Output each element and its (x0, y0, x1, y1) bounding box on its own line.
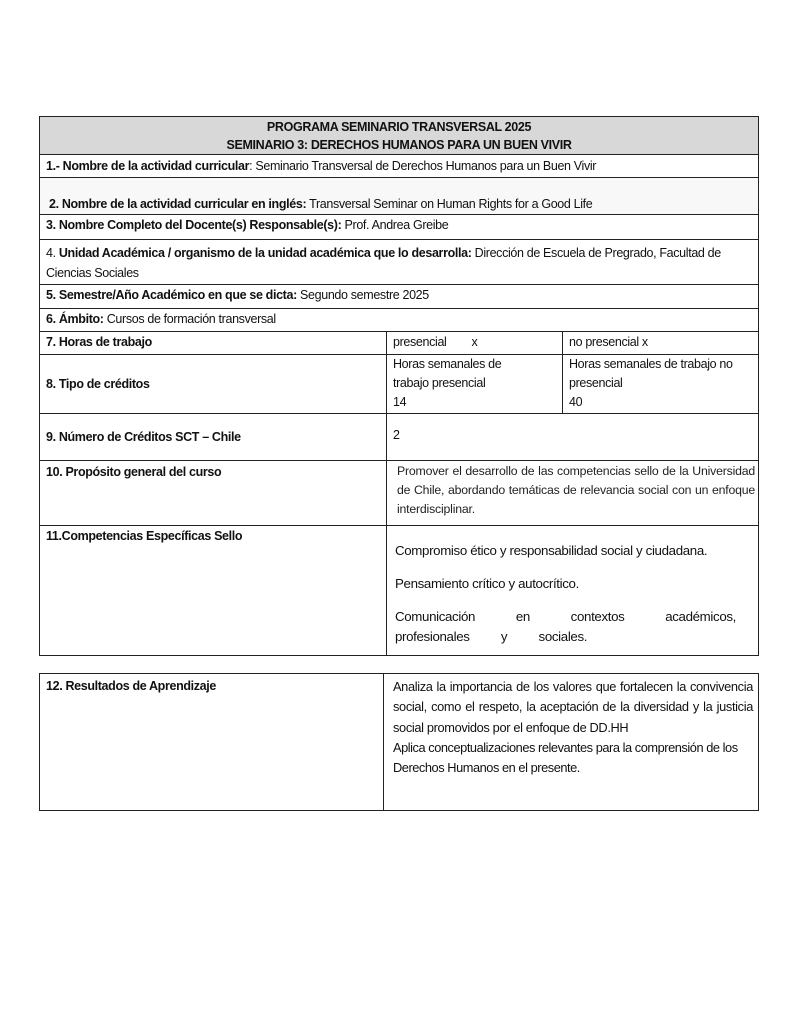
work-hours-label: 7. Horas de trabajo (40, 332, 387, 355)
activity-name-english-value: Transversal Seminar on Human Rights for … (306, 197, 592, 211)
learning-outcomes-label: 12. Resultados de Aprendizaje (40, 674, 384, 811)
work-hours-no-presencial: no presencial x (563, 332, 759, 355)
semester-value: Segundo semestre 2025 (297, 288, 429, 302)
competency-item: Pensamiento crítico y autocrítico. (395, 574, 736, 594)
document-page: PROGRAMA SEMINARIO TRANSVERSAL 2025 SEMI… (0, 0, 800, 1035)
credit-type-label: 8. Tipo de créditos (40, 355, 387, 414)
activity-name-english-label: 2. Nombre de la actividad curricular en … (49, 197, 306, 211)
row-academic-unit: 4. Unidad Académica / organismo de la un… (40, 240, 759, 285)
responsible-teacher-value: Prof. Andrea Greibe (341, 218, 448, 232)
activity-name-value: Seminario Transversal de Derechos Humano… (255, 159, 596, 173)
activity-name-label: 1.- Nombre de la actividad curricular (46, 159, 249, 173)
learning-outcome-item: Aplica conceptualizaciones relevantes pa… (393, 738, 753, 779)
scope-label: 6. Ámbito: (46, 312, 104, 326)
responsible-teacher-label: 3. Nombre Completo del Docente(s) Respon… (46, 218, 341, 232)
learning-outcomes-table: 12. Resultados de Aprendizaje Analiza la… (39, 673, 759, 811)
credit-type-no-presencial: Horas semanales de trabajo no presencial… (563, 355, 759, 414)
program-table: PROGRAMA SEMINARIO TRANSVERSAL 2025 SEMI… (39, 116, 759, 656)
sct-credits-value: 2 (387, 414, 759, 461)
academic-unit-label: Unidad Académica / organismo de la unida… (59, 246, 472, 260)
presencial-hours-value: 14 (393, 393, 556, 412)
semester-label: 5. Semestre/Año Académico en que se dict… (46, 288, 297, 302)
program-header: PROGRAMA SEMINARIO TRANSVERSAL 2025 SEMI… (40, 117, 759, 155)
seal-competencies-label: 11.Competencias Específicas Sello (40, 526, 387, 656)
no-presencial-hours-label-line1: Horas semanales de trabajo no (569, 355, 752, 374)
competency-item: Comunicación en contextos académicos, pr… (395, 607, 736, 647)
program-title: PROGRAMA SEMINARIO TRANSVERSAL 2025 (46, 118, 752, 136)
row-semester: 5. Semestre/Año Académico en que se dict… (40, 285, 759, 309)
scope-value: Cursos de formación transversal (104, 312, 276, 326)
seal-competencies-list: Compromiso ético y responsabilidad socia… (387, 526, 759, 656)
credit-type-presencial: Horas semanales de trabajo presencial 14 (387, 355, 563, 414)
competency-item: Compromiso ético y responsabilidad socia… (395, 541, 736, 561)
no-presencial-hours-label-line2: presencial (569, 374, 752, 393)
presencial-hours-label-line1: Horas semanales de (393, 355, 556, 374)
row-activity-name: 1.- Nombre de la actividad curricular: S… (40, 155, 759, 178)
course-purpose-label: 10. Propósito general del curso (40, 461, 387, 526)
learning-outcomes-content: Analiza la importancia de los valores qu… (384, 674, 759, 811)
row-responsible-teacher: 3. Nombre Completo del Docente(s) Respon… (40, 215, 759, 240)
academic-unit-number: 4. (46, 246, 59, 260)
sct-credits-label: 9. Número de Créditos SCT – Chile (40, 414, 387, 461)
seminar-title: SEMINARIO 3: DERECHOS HUMANOS PARA UN BU… (46, 136, 752, 154)
work-hours-presencial: presencial x (387, 332, 563, 355)
row-activity-name-english: 2. Nombre de la actividad curricular en … (40, 178, 759, 215)
no-presencial-hours-value: 40 (569, 393, 752, 412)
presencial-hours-label-line2: trabajo presencial (393, 374, 556, 393)
learning-outcome-item: Analiza la importancia de los valores qu… (393, 677, 753, 738)
course-purpose-value: Promover el desarrollo de las competenci… (387, 461, 759, 526)
row-scope: 6. Ámbito: Cursos de formación transvers… (40, 309, 759, 332)
